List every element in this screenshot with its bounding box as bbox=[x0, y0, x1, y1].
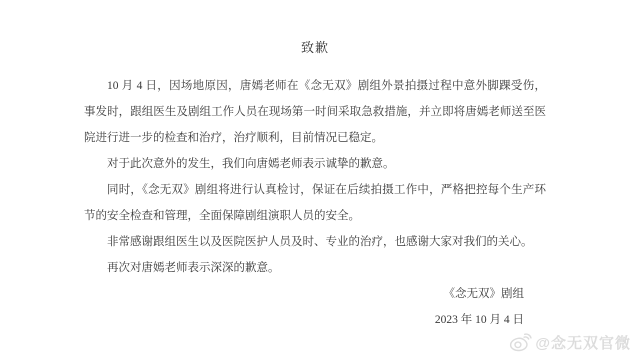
paragraph-3: 同时，《念无双》剧组将进行认真检讨，保证在后续拍摄工作中，严格把控每个生产环节的… bbox=[84, 177, 546, 229]
paragraph-2: 对于此次意外的发生，我们向唐嫣老师表示诚挚的歉意。 bbox=[84, 151, 546, 177]
watermark-text: @念无双官微 bbox=[535, 332, 631, 353]
signature: 《念无双》剧组 bbox=[84, 281, 546, 307]
apology-document: 致歉 10 月 4 日，因场地原因，唐嫣老师在《念无双》剧组外景拍摄过程中意外脚… bbox=[84, 0, 546, 333]
paragraph-5: 再次对唐嫣老师表示深深的歉意。 bbox=[84, 255, 546, 281]
document-title: 致歉 bbox=[84, 36, 546, 60]
paragraph-1: 10 月 4 日，因场地原因，唐嫣老师在《念无双》剧组外景拍摄过程中意外脚踝受伤… bbox=[84, 73, 546, 151]
document-date: 2023 年 10 月 4 日 bbox=[84, 307, 546, 333]
paragraph-4: 非常感谢跟组医生以及医院医护人员及时、专业的治疗，也感谢大家对我们的关心。 bbox=[84, 229, 546, 255]
watermark: @念无双官微 bbox=[509, 332, 631, 353]
weibo-icon bbox=[509, 333, 532, 352]
